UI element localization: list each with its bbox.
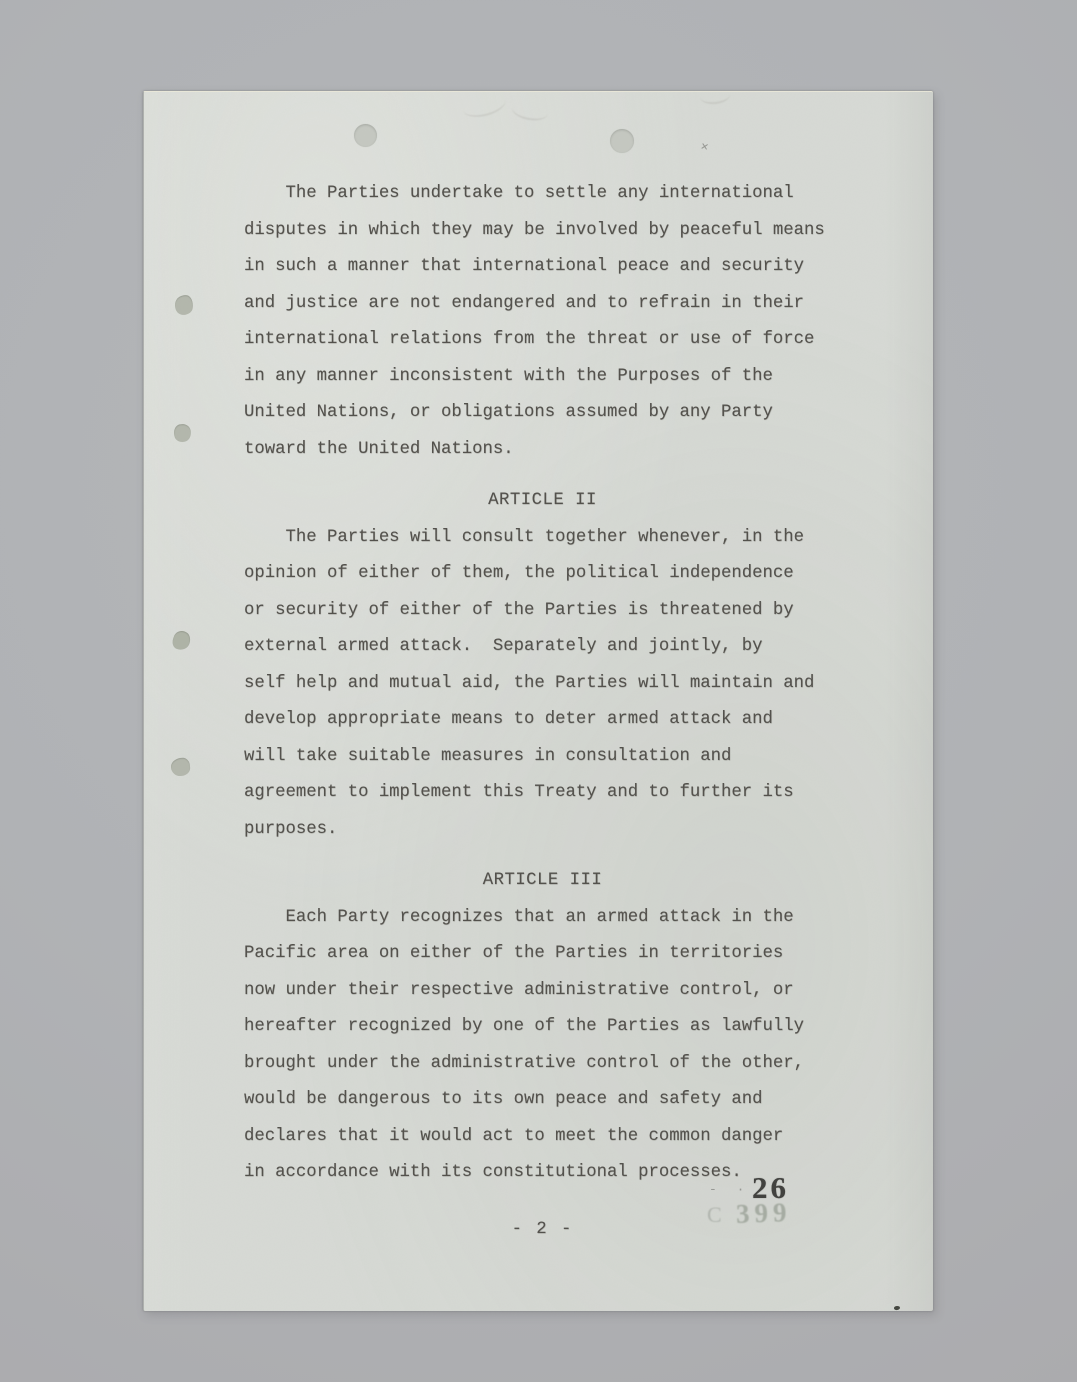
text-line: develop appropriate means to deter armed…	[244, 702, 841, 739]
faint-pencil-mark	[511, 99, 550, 123]
article-heading: ARTICLE II	[244, 483, 841, 520]
text-line: agreement to implement this Treaty and t…	[244, 775, 841, 812]
scanned-document-scene: ✕ The Parties undertake to settle any in…	[0, 0, 1077, 1382]
text-line: external armed attack. Separately and jo…	[244, 629, 841, 666]
margin-hole-stain-1	[174, 294, 195, 316]
margin-hole-stain-3	[170, 629, 192, 653]
document-page: ✕ The Parties undertake to settle any in…	[143, 91, 933, 1311]
text-line: and justice are not endangered and to re…	[244, 286, 841, 323]
punch-hole-left	[354, 124, 377, 147]
text-line: hereafter recognized by one of the Parti…	[244, 1009, 841, 1046]
text-line: opinion of either of them, the political…	[244, 556, 841, 593]
text-line: will take suitable measures in consultat…	[244, 739, 841, 776]
margin-hole-stain-2	[172, 422, 192, 443]
bottom-edge-speck	[894, 1306, 901, 1311]
page-number: - 2 -	[244, 1220, 841, 1239]
text-line: Each Party recognizes that an armed atta…	[244, 900, 841, 937]
text-line: The Parties will consult together whenev…	[244, 520, 841, 557]
text-line: would be dangerous to its own peace and …	[244, 1082, 841, 1119]
margin-hole-stain-4	[170, 757, 190, 777]
text-line: purposes.	[244, 812, 841, 849]
text-line: The Parties undertake to settle any inte…	[244, 176, 841, 213]
text-line: or security of either of the Parties is …	[244, 593, 841, 630]
text-line: brought under the administrative control…	[244, 1046, 841, 1083]
text-line: declares that it would act to meet the c…	[244, 1119, 841, 1156]
paragraph: The Parties undertake to settle any inte…	[244, 176, 841, 468]
paragraph: Each Party recognizes that an armed atta…	[244, 900, 841, 1192]
text-line: disputes in which they may be involved b…	[244, 213, 841, 250]
paragraph: The Parties will consult together whenev…	[244, 520, 841, 849]
text-line: Pacific area on either of the Parties in…	[244, 936, 841, 973]
stamp-smudge: - ·	[709, 1182, 750, 1197]
faint-pencil-mark	[460, 89, 508, 121]
article-heading: ARTICLE III	[244, 863, 841, 900]
text-line: international relations from the threat …	[244, 322, 841, 359]
text-line: in any manner inconsistent with the Purp…	[244, 359, 841, 396]
small-ink-mark: ✕	[700, 138, 710, 154]
text-line: self help and mutual aid, the Parties wi…	[244, 666, 841, 703]
text-line: in such a manner that international peac…	[244, 249, 841, 286]
document-text: The Parties undertake to settle any inte…	[244, 176, 841, 1192]
faint-pencil-mark	[699, 86, 731, 105]
text-line: United Nations, or obligations assumed b…	[244, 395, 841, 432]
punch-hole-right	[610, 129, 634, 153]
text-line: now under their respective administrativ…	[244, 973, 841, 1010]
text-line: toward the United Nations.	[244, 432, 841, 469]
